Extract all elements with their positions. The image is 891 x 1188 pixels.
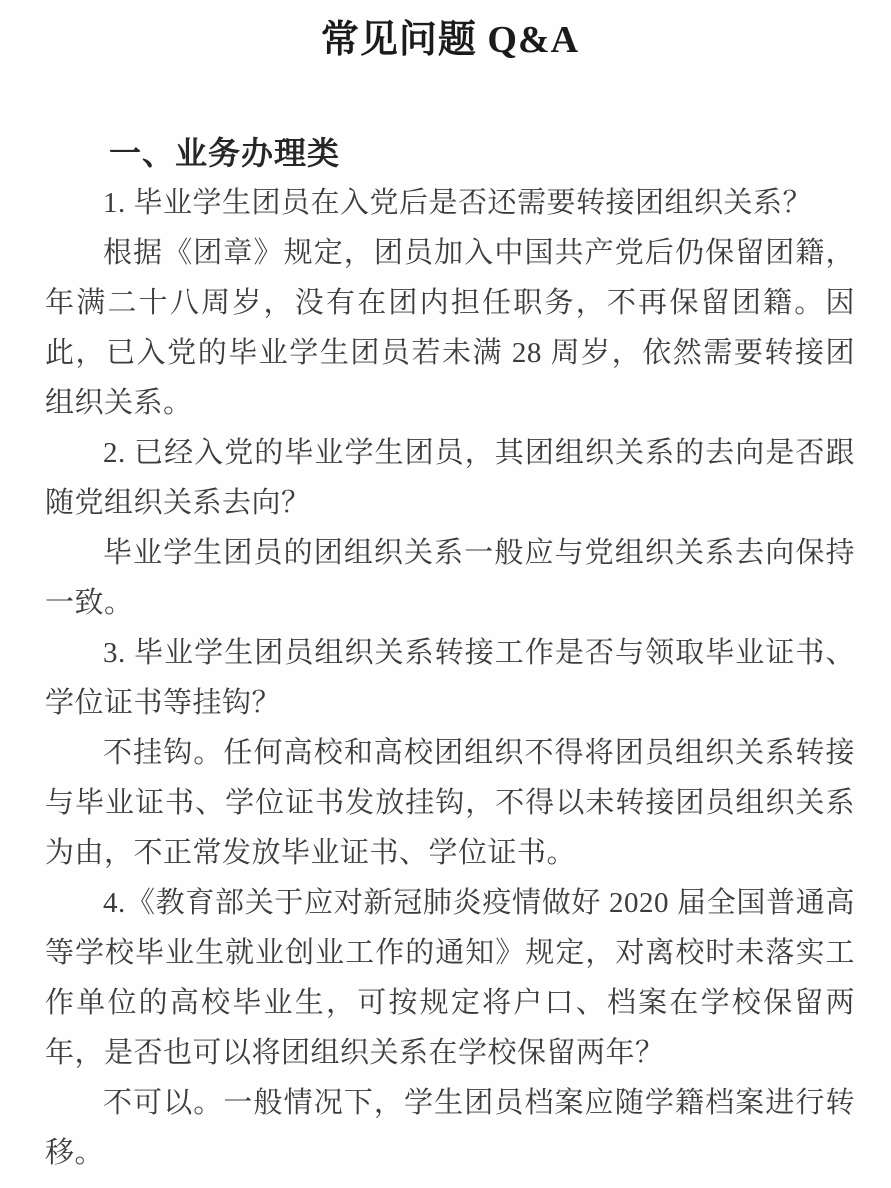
question-4: 4.《教育部关于应对新冠肺炎疫情做好 2020 届全国普通高等学校毕业生就业创业… xyxy=(45,878,855,1078)
question-3: 3. 毕业学生团员组织关系转接工作是否与领取毕业证书、学位证书等挂钩？ xyxy=(45,628,855,728)
answer-1: 根据《团章》规定，团员加入中国共产党后仍保留团籍，年满二十八周岁，没有在团内担任… xyxy=(45,228,855,428)
document-page: 常见问题 Q&A 一、业务办理类 1. 毕业学生团员在入党后是否还需要转接团组织… xyxy=(0,0,891,1188)
question-1: 1. 毕业学生团员在入党后是否还需要转接团组织关系？ xyxy=(45,178,855,228)
section-heading: 一、业务办理类 xyxy=(45,128,855,178)
answer-2: 毕业学生团员的团组织关系一般应与党组织关系去向保持一致。 xyxy=(45,528,855,628)
question-2: 2. 已经入党的毕业学生团员，其团组织关系的去向是否跟随党组织关系去向？ xyxy=(45,428,855,528)
section-business-handling: 一、业务办理类 1. 毕业学生团员在入党后是否还需要转接团组织关系？ 根据《团章… xyxy=(45,128,855,1178)
answer-4: 不可以。一般情况下，学生团员档案应随学籍档案进行转移。 xyxy=(45,1078,855,1178)
document-title: 常见问题 Q&A xyxy=(45,12,855,66)
answer-3: 不挂钩。任何高校和高校团组织不得将团员组织关系转接与毕业证书、学位证书发放挂钩，… xyxy=(45,728,855,878)
